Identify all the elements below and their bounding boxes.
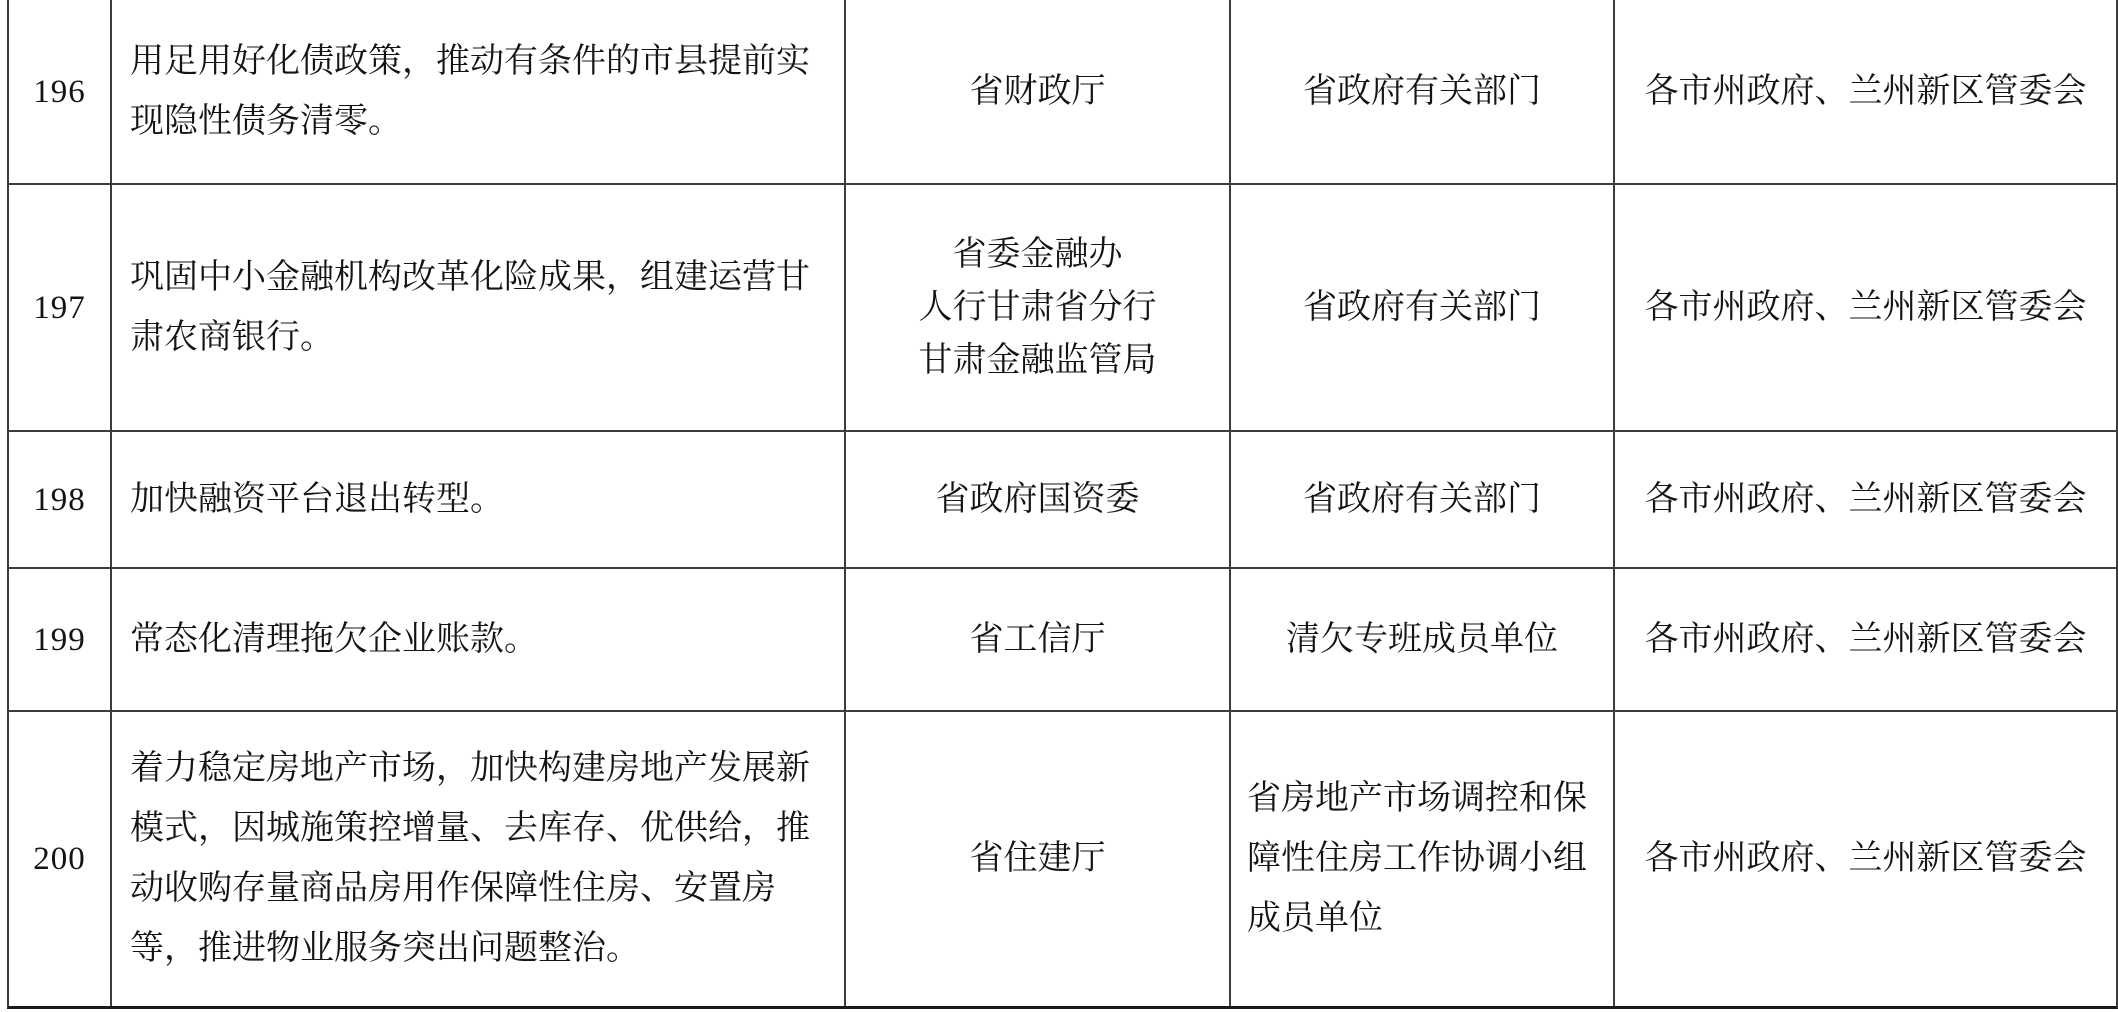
implementing-unit-cell: 各市州政府、兰州新区管委会 — [1615, 0, 2116, 185]
row-number-cell: 199 — [9, 569, 112, 712]
responsible-unit-cell: 省住建厅 — [846, 712, 1231, 1006]
responsible-unit-cell: 省委金融办 人行甘肃省分行 甘肃金融监管局 — [846, 185, 1231, 432]
row-number-cell: 200 — [9, 712, 112, 1006]
task-cell: 用足用好化债政策，推动有条件的市县提前实 现隐性债务清零。 — [112, 0, 846, 185]
implementing-unit-cell: 各市州政府、兰州新区管委会 — [1615, 712, 2116, 1006]
document-page: 196 用足用好化债政策，推动有条件的市县提前实 现隐性债务清零。 省财政厅 省… — [0, 0, 2118, 1012]
cooperating-unit-cell: 省政府有关部门 — [1231, 432, 1615, 569]
responsible-unit-cell: 省政府国资委 — [846, 432, 1231, 569]
task-cell: 加快融资平台退出转型。 — [112, 432, 846, 569]
responsible-unit-cell: 省财政厅 — [846, 0, 1231, 185]
implementing-unit-cell: 各市州政府、兰州新区管委会 — [1615, 185, 2116, 432]
cooperating-unit-cell: 省房地产市场调控和保 障性住房工作协调小组 成员单位 — [1231, 712, 1615, 1006]
cooperating-unit-cell: 清欠专班成员单位 — [1231, 569, 1615, 712]
row-number-cell: 198 — [9, 432, 112, 569]
responsible-unit-cell: 省工信厅 — [846, 569, 1231, 712]
task-table: 196 用足用好化债政策，推动有条件的市县提前实 现隐性债务清零。 省财政厅 省… — [7, 0, 2118, 1009]
row-number-cell: 196 — [9, 0, 112, 185]
implementing-unit-cell: 各市州政府、兰州新区管委会 — [1615, 569, 2116, 712]
cooperating-unit-cell: 省政府有关部门 — [1231, 185, 1615, 432]
task-cell: 着力稳定房地产市场，加快构建房地产发展新 模式，因城施策控增量、去库存、优供给，… — [112, 712, 846, 1006]
task-cell: 常态化清理拖欠企业账款。 — [112, 569, 846, 712]
task-cell: 巩固中小金融机构改革化险成果，组建运营甘 肃农商银行。 — [112, 185, 846, 432]
cooperating-unit-cell: 省政府有关部门 — [1231, 0, 1615, 185]
row-number-cell: 197 — [9, 185, 112, 432]
implementing-unit-cell: 各市州政府、兰州新区管委会 — [1615, 432, 2116, 569]
